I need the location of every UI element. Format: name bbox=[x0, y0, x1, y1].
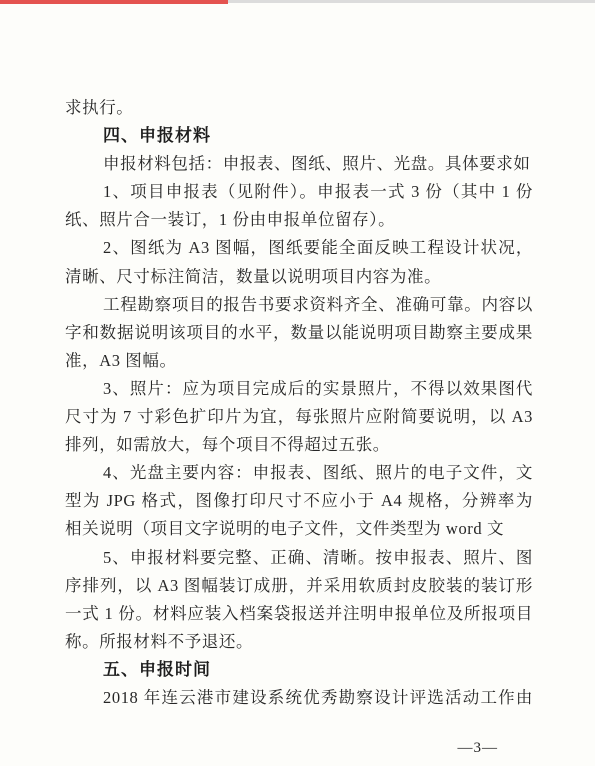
text-line: 1、项目申报表（见附件）。申报表一式 3 份（其中 1 份与图 bbox=[65, 178, 533, 206]
text-line: 序排列，以 A3 图幅装订成册，并采用软质封皮胶装的装订形式， bbox=[65, 572, 533, 600]
section-heading: 四、申报材料 bbox=[65, 122, 533, 150]
text-line: 2018 年连云港市建设系统优秀勘察设计评选活动工作由市城 bbox=[65, 684, 533, 712]
text-line: 准，A3 图幅。 bbox=[65, 347, 533, 375]
text-line: 一式 1 份。材料应装入档案袋报送并注明申报单位及所报项目名 bbox=[65, 600, 533, 628]
scan-edge-strip bbox=[0, 0, 595, 5]
text-line: 5、申报材料要完整、正确、清晰。按申报表、照片、图纸顺 bbox=[65, 544, 533, 572]
document-lines: 求执行。四、申报材料申报材料包括：申报表、图纸、照片、光盘。具体要求如下：1、项… bbox=[65, 94, 533, 712]
scan-edge-strip-red bbox=[0, 0, 228, 4]
text-line: 3、照片：应为项目完成后的实景照片，不得以效果图代替。 bbox=[65, 375, 533, 403]
text-line: 尺寸为 7 寸彩色扩印片为宜，每张照片应附简要说明，以 A3 图幅 bbox=[65, 403, 533, 431]
text-line: 排列，如需放大，每个项目不得超过五张。 bbox=[65, 431, 533, 459]
text-line: 相关说明（项目文字说明的电子文件，文件类型为 word 文档）。 bbox=[65, 515, 533, 543]
text-line: 2、图纸为 A3 图幅，图纸要能全面反映工程设计状况，图线 bbox=[65, 234, 533, 262]
page-number: —3— bbox=[458, 740, 499, 757]
text-line: 清晰、尺寸标注简洁，数量以说明项目内容为准。 bbox=[65, 263, 533, 291]
text-line: 求执行。 bbox=[65, 94, 533, 122]
scanned-document-page: 求执行。四、申报材料申报材料包括：申报表、图纸、照片、光盘。具体要求如下：1、项… bbox=[0, 0, 595, 766]
text-line: 称。所报材料不予退还。 bbox=[65, 628, 533, 656]
text-line: 4、光盘主要内容：申报表、图纸、照片的电子文件，文件类 bbox=[65, 459, 533, 487]
text-line: 纸、照片合一装订，1 份由申报单位留存）。 bbox=[65, 206, 533, 234]
text-line: 型为 JPG 格式，图像打印尺寸不应小于 A4 规格，分辨率为 300dpi、 bbox=[65, 487, 533, 515]
text-line: 字和数据说明该项目的水平，数量以能说明项目勘察主要成果为 bbox=[65, 319, 533, 347]
section-heading: 五、申报时间 bbox=[65, 656, 533, 684]
text-line: 申报材料包括：申报表、图纸、照片、光盘。具体要求如下： bbox=[65, 150, 533, 178]
scan-edge-strip-gray bbox=[228, 0, 595, 3]
text-line: 工程勘察项目的报告书要求资料齐全、准确可靠。内容以文 bbox=[65, 291, 533, 319]
